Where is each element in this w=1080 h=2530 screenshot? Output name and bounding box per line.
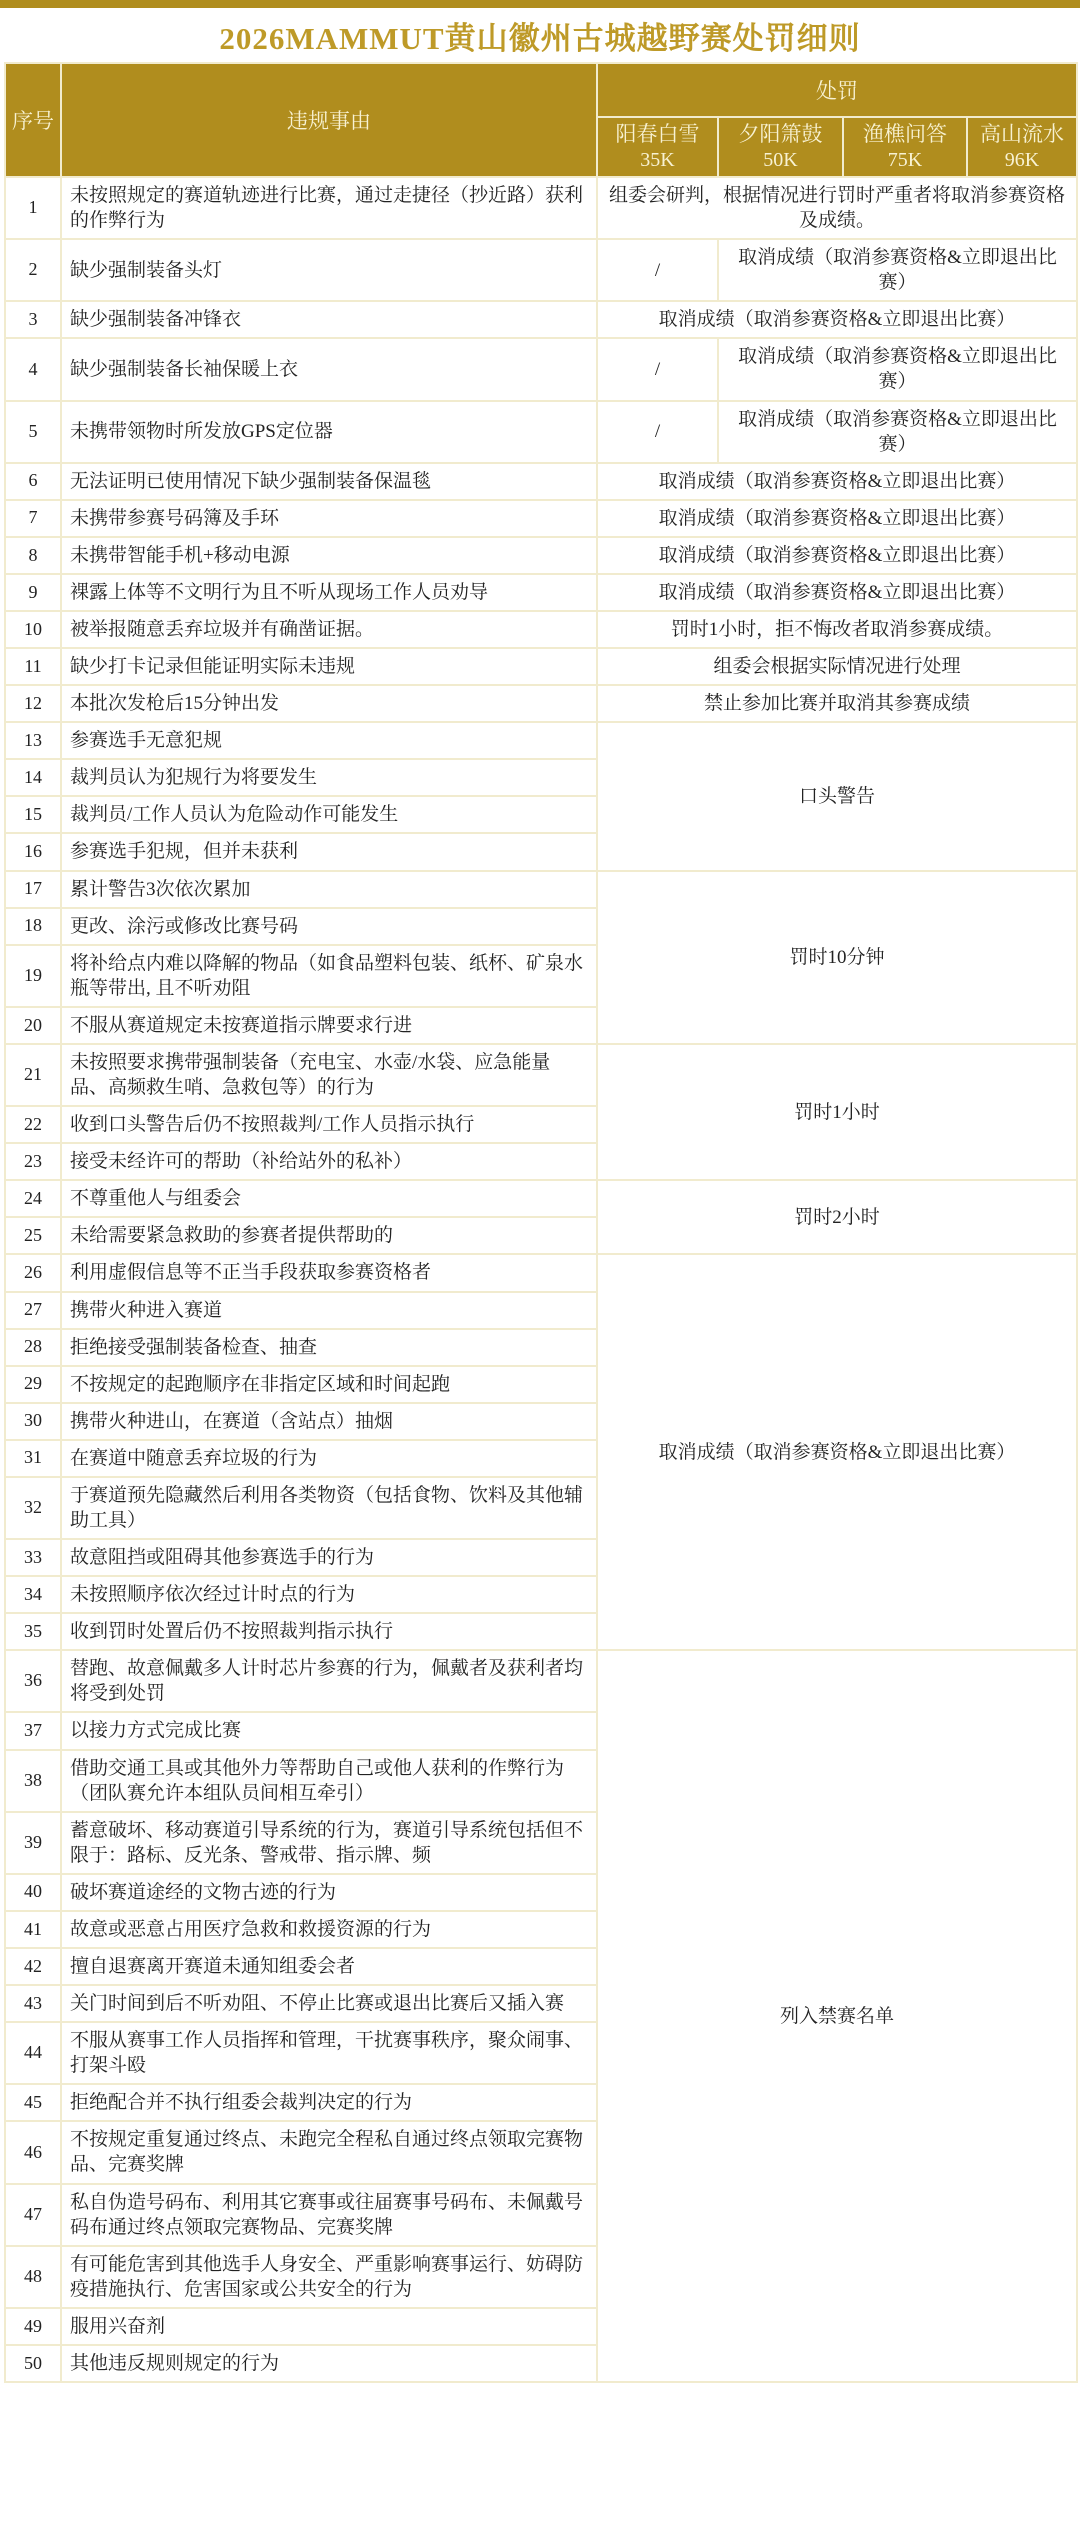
violation-cell: 缺少强制装备头灯 — [61, 239, 597, 301]
row-number-cell: 43 — [5, 1985, 61, 2022]
violation-cell: 不服从赛道规定未按赛道指示牌要求行进 — [61, 1007, 597, 1044]
table-row: 36替跑、故意佩戴多人计时芯片参赛的行为，佩戴者及获利者均将受到处罚列入禁赛名单 — [5, 1650, 1077, 1712]
violation-cell: 利用虚假信息等不正当手段获取参赛资格者 — [61, 1254, 597, 1291]
penalty-cell: 组委会根据实际情况进行处理 — [597, 648, 1077, 685]
violation-cell: 未按照规定的赛道轨迹进行比赛，通过走捷径（抄近路）获利的作弊行为 — [61, 177, 597, 239]
category-name: 高山流水 — [968, 122, 1076, 147]
row-number-cell: 5 — [5, 401, 61, 463]
category-distance: 50K — [719, 148, 842, 172]
category-distance: 96K — [968, 148, 1076, 172]
row-number-cell: 7 — [5, 500, 61, 537]
table-row: 7未携带参赛号码簿及手环取消成绩（取消参赛资格&立即退出比赛） — [5, 500, 1077, 537]
violation-cell: 其他违反规则规定的行为 — [61, 2345, 597, 2382]
violation-cell: 累计警告3次依次累加 — [61, 871, 597, 908]
category-name: 渔樵问答 — [844, 122, 966, 147]
violation-cell: 未携带智能手机+移动电源 — [61, 537, 597, 574]
row-number-cell: 9 — [5, 574, 61, 611]
row-number-cell: 17 — [5, 871, 61, 908]
violation-cell: 被举报随意丢弃垃圾并有确凿证据。 — [61, 611, 597, 648]
table-row: 3缺少强制装备冲锋衣取消成绩（取消参赛资格&立即退出比赛） — [5, 301, 1077, 338]
row-number-cell: 50 — [5, 2345, 61, 2382]
row-number-cell: 31 — [5, 1440, 61, 1477]
table-row: 10被举报随意丢弃垃圾并有确凿证据。罚时1小时，拒不悔改者取消参赛成绩。 — [5, 611, 1077, 648]
table-row: 24不尊重他人与组委会罚时2小时 — [5, 1180, 1077, 1217]
violation-cell: 收到口头警告后仍不按照裁判/工作人员指示执行 — [61, 1106, 597, 1143]
violation-cell: 裁判员认为犯规行为将要发生 — [61, 759, 597, 796]
row-number-cell: 24 — [5, 1180, 61, 1217]
penalty-table: 序号 违规事由 处罚 阳春白雪 35K 夕阳箫鼓 50K 渔樵问答 75K — [4, 62, 1078, 2383]
table-row: 17累计警告3次依次累加罚时10分钟 — [5, 871, 1077, 908]
row-number-cell: 34 — [5, 1576, 61, 1613]
row-number-cell: 4 — [5, 338, 61, 400]
violation-cell: 故意阻挡或阻碍其他参赛选手的行为 — [61, 1539, 597, 1576]
row-number-cell: 12 — [5, 685, 61, 722]
row-number-cell: 39 — [5, 1812, 61, 1874]
violation-cell: 裁判员/工作人员认为危险动作可能发生 — [61, 796, 597, 833]
row-number-cell: 37 — [5, 1712, 61, 1749]
page-title: 2026MAMMUT黄山徽州古城越野赛处罚细则 — [0, 8, 1080, 62]
row-number-cell: 42 — [5, 1948, 61, 1985]
row-number-cell: 45 — [5, 2084, 61, 2121]
penalty-cell: 罚时2小时 — [597, 1180, 1077, 1254]
violation-cell: 收到罚时处置后仍不按照裁判指示执行 — [61, 1613, 597, 1650]
row-number-cell: 15 — [5, 796, 61, 833]
violation-cell: 于赛道预先隐藏然后利用各类物资（包括食物、饮料及其他辅助工具） — [61, 1477, 597, 1539]
table-row: 4缺少强制装备长袖保暖上衣/取消成绩（取消参赛资格&立即退出比赛） — [5, 338, 1077, 400]
row-number-cell: 41 — [5, 1911, 61, 1948]
penalty-cell: 取消成绩（取消参赛资格&立即退出比赛） — [597, 463, 1077, 500]
row-number-cell: 11 — [5, 648, 61, 685]
violation-cell: 私自伪造号码布、利用其它赛事或往届赛事号码布、未佩戴号码布通过终点领取完赛物品、… — [61, 2184, 597, 2246]
category-name: 夕阳箫鼓 — [719, 122, 842, 147]
penalty-cell: 取消成绩（取消参赛资格&立即退出比赛） — [718, 338, 1077, 400]
row-number-cell: 25 — [5, 1217, 61, 1254]
table-row: 21未按照要求携带强制装备（充电宝、水壶/水袋、应急能量品、高频救生哨、急救包等… — [5, 1044, 1077, 1106]
row-number-cell: 38 — [5, 1750, 61, 1812]
row-number-cell: 35 — [5, 1613, 61, 1650]
violation-cell: 不尊重他人与组委会 — [61, 1180, 597, 1217]
table-row: 1未按照规定的赛道轨迹进行比赛，通过走捷径（抄近路）获利的作弊行为组委会研判，根… — [5, 177, 1077, 239]
table-row: 2缺少强制装备头灯/取消成绩（取消参赛资格&立即退出比赛） — [5, 239, 1077, 301]
violation-cell: 无法证明已使用情况下缺少强制装备保温毯 — [61, 463, 597, 500]
penalty-cell: 列入禁赛名单 — [597, 1650, 1077, 2382]
row-number-cell: 18 — [5, 908, 61, 945]
row-number-cell: 2 — [5, 239, 61, 301]
violation-cell: 参赛选手无意犯规 — [61, 722, 597, 759]
row-number-cell: 23 — [5, 1143, 61, 1180]
category-distance: 35K — [598, 148, 717, 172]
row-number-cell: 49 — [5, 2308, 61, 2345]
row-number-cell: 13 — [5, 722, 61, 759]
violation-cell: 服用兴奋剂 — [61, 2308, 597, 2345]
row-number-cell: 46 — [5, 2121, 61, 2183]
table-row: 9裸露上体等不文明行为且不听从现场工作人员劝导取消成绩（取消参赛资格&立即退出比… — [5, 574, 1077, 611]
table-row: 8未携带智能手机+移动电源取消成绩（取消参赛资格&立即退出比赛） — [5, 537, 1077, 574]
violation-cell: 裸露上体等不文明行为且不听从现场工作人员劝导 — [61, 574, 597, 611]
row-number-cell: 21 — [5, 1044, 61, 1106]
violation-cell: 未给需要紧急救助的参赛者提供帮助的 — [61, 1217, 597, 1254]
row-number-cell: 40 — [5, 1874, 61, 1911]
violation-cell: 借助交通工具或其他外力等帮助自己或他人获利的作弊行为（团队赛允许本组队员间相互牵… — [61, 1750, 597, 1812]
penalty-cell: 罚时10分钟 — [597, 871, 1077, 1044]
row-number-cell: 1 — [5, 177, 61, 239]
penalty-cell: 罚时1小时 — [597, 1044, 1077, 1180]
table-row: 6无法证明已使用情况下缺少强制装备保温毯取消成绩（取消参赛资格&立即退出比赛） — [5, 463, 1077, 500]
violation-cell: 参赛选手犯规，但并未获利 — [61, 833, 597, 870]
violation-cell: 故意或恶意占用医疗急救和救援资源的行为 — [61, 1911, 597, 1948]
penalty-cell: 取消成绩（取消参赛资格&立即退出比赛） — [597, 537, 1077, 574]
header-category-50k: 夕阳箫鼓 50K — [718, 117, 843, 177]
table-row: 12本批次发枪后15分钟出发禁止参加比赛并取消其参赛成绩 — [5, 685, 1077, 722]
header-index: 序号 — [5, 63, 61, 177]
penalty-cell: 禁止参加比赛并取消其参赛成绩 — [597, 685, 1077, 722]
row-number-cell: 10 — [5, 611, 61, 648]
penalty-cell: 组委会研判，根据情况进行罚时严重者将取消参赛资格及成绩。 — [597, 177, 1077, 239]
page: 2026MAMMUT黄山徽州古城越野赛处罚细则 序号 违规事由 处罚 阳春白雪 … — [0, 0, 1080, 2383]
penalty-cell-35k: / — [597, 338, 718, 400]
violation-cell: 更改、涂污或修改比赛号码 — [61, 908, 597, 945]
penalty-cell: 取消成绩（取消参赛资格&立即退出比赛） — [597, 1254, 1077, 1650]
row-number-cell: 20 — [5, 1007, 61, 1044]
penalty-cell: 取消成绩（取消参赛资格&立即退出比赛） — [597, 574, 1077, 611]
violation-cell: 拒绝接受强制装备检查、抽查 — [61, 1329, 597, 1366]
penalty-cell: 取消成绩（取消参赛资格&立即退出比赛） — [718, 239, 1077, 301]
row-number-cell: 32 — [5, 1477, 61, 1539]
row-number-cell: 3 — [5, 301, 61, 338]
table-row: 11缺少打卡记录但能证明实际未违规组委会根据实际情况进行处理 — [5, 648, 1077, 685]
violation-cell: 接受未经许可的帮助（补给站外的私补） — [61, 1143, 597, 1180]
header-violation: 违规事由 — [61, 63, 597, 177]
row-number-cell: 14 — [5, 759, 61, 796]
penalty-cell: 口头警告 — [597, 722, 1077, 870]
table-row: 13参赛选手无意犯规口头警告 — [5, 722, 1077, 759]
table-header: 序号 违规事由 处罚 阳春白雪 35K 夕阳箫鼓 50K 渔樵问答 75K — [5, 63, 1077, 177]
penalty-cell-35k: / — [597, 239, 718, 301]
row-number-cell: 48 — [5, 2246, 61, 2308]
penalty-cell: 取消成绩（取消参赛资格&立即退出比赛） — [718, 401, 1077, 463]
row-number-cell: 8 — [5, 537, 61, 574]
header-category-96k: 高山流水 96K — [967, 117, 1077, 177]
violation-cell: 擅自退赛离开赛道未通知组委会者 — [61, 1948, 597, 1985]
header-category-75k: 渔樵问答 75K — [843, 117, 967, 177]
violation-cell: 替跑、故意佩戴多人计时芯片参赛的行为，佩戴者及获利者均将受到处罚 — [61, 1650, 597, 1712]
row-number-cell: 29 — [5, 1366, 61, 1403]
row-number-cell: 6 — [5, 463, 61, 500]
penalty-cell: 罚时1小时，拒不悔改者取消参赛成绩。 — [597, 611, 1077, 648]
table-row: 26利用虚假信息等不正当手段获取参赛资格者取消成绩（取消参赛资格&立即退出比赛） — [5, 1254, 1077, 1291]
violation-cell: 破坏赛道途经的文物古迹的行为 — [61, 1874, 597, 1911]
penalty-cell: 取消成绩（取消参赛资格&立即退出比赛） — [597, 500, 1077, 537]
header-category-35k: 阳春白雪 35K — [597, 117, 718, 177]
violation-cell: 关门时间到后不听劝阻、不停止比赛或退出比赛后又插入赛 — [61, 1985, 597, 2022]
violation-cell: 携带火种进山，在赛道（含站点）抽烟 — [61, 1403, 597, 1440]
row-number-cell: 26 — [5, 1254, 61, 1291]
violation-cell: 不按规定重复通过终点、未跑完全程私自通过终点领取完赛物品、完赛奖牌 — [61, 2121, 597, 2183]
table-row: 5未携带领物时所发放GPS定位器/取消成绩（取消参赛资格&立即退出比赛） — [5, 401, 1077, 463]
row-number-cell: 27 — [5, 1292, 61, 1329]
violation-cell: 未按照要求携带强制装备（充电宝、水壶/水袋、应急能量品、高频救生哨、急救包等）的… — [61, 1044, 597, 1106]
header-penalty: 处罚 — [597, 63, 1077, 117]
header-row-main: 序号 违规事由 处罚 — [5, 63, 1077, 117]
violation-cell: 以接力方式完成比赛 — [61, 1712, 597, 1749]
violation-cell: 未携带领物时所发放GPS定位器 — [61, 401, 597, 463]
row-number-cell: 28 — [5, 1329, 61, 1366]
violation-cell: 拒绝配合并不执行组委会裁判决定的行为 — [61, 2084, 597, 2121]
row-number-cell: 30 — [5, 1403, 61, 1440]
violation-cell: 将补给点内难以降解的物品（如食品塑料包装、纸杯、矿泉水瓶等带出, 且不听劝阻 — [61, 945, 597, 1007]
penalty-cell-35k: / — [597, 401, 718, 463]
violation-cell: 不服从赛事工作人员指挥和管理，干扰赛事秩序，聚众闹事、打架斗殴 — [61, 2022, 597, 2084]
violation-cell: 未携带参赛号码簿及手环 — [61, 500, 597, 537]
violation-cell: 有可能危害到其他选手人身安全、严重影响赛事运行、妨碍防疫措施执行、危害国家或公共… — [61, 2246, 597, 2308]
category-name: 阳春白雪 — [598, 122, 717, 147]
row-number-cell: 22 — [5, 1106, 61, 1143]
row-number-cell: 44 — [5, 2022, 61, 2084]
row-number-cell: 36 — [5, 1650, 61, 1712]
violation-cell: 蓄意破坏、移动赛道引导系统的行为，赛道引导系统包括但不限于：路标、反光条、警戒带… — [61, 1812, 597, 1874]
top-accent-bar — [0, 0, 1080, 8]
table-body: 1未按照规定的赛道轨迹进行比赛，通过走捷径（抄近路）获利的作弊行为组委会研判，根… — [5, 177, 1077, 2382]
violation-cell: 缺少强制装备长袖保暖上衣 — [61, 338, 597, 400]
violation-cell: 未按照顺序依次经过计时点的行为 — [61, 1576, 597, 1613]
violation-cell: 不按规定的起跑顺序在非指定区域和时间起跑 — [61, 1366, 597, 1403]
category-distance: 75K — [844, 148, 966, 172]
violation-cell: 在赛道中随意丢弃垃圾的行为 — [61, 1440, 597, 1477]
violation-cell: 携带火种进入赛道 — [61, 1292, 597, 1329]
row-number-cell: 47 — [5, 2184, 61, 2246]
penalty-cell: 取消成绩（取消参赛资格&立即退出比赛） — [597, 301, 1077, 338]
violation-cell: 本批次发枪后15分钟出发 — [61, 685, 597, 722]
row-number-cell: 16 — [5, 833, 61, 870]
row-number-cell: 33 — [5, 1539, 61, 1576]
row-number-cell: 19 — [5, 945, 61, 1007]
violation-cell: 缺少强制装备冲锋衣 — [61, 301, 597, 338]
violation-cell: 缺少打卡记录但能证明实际未违规 — [61, 648, 597, 685]
